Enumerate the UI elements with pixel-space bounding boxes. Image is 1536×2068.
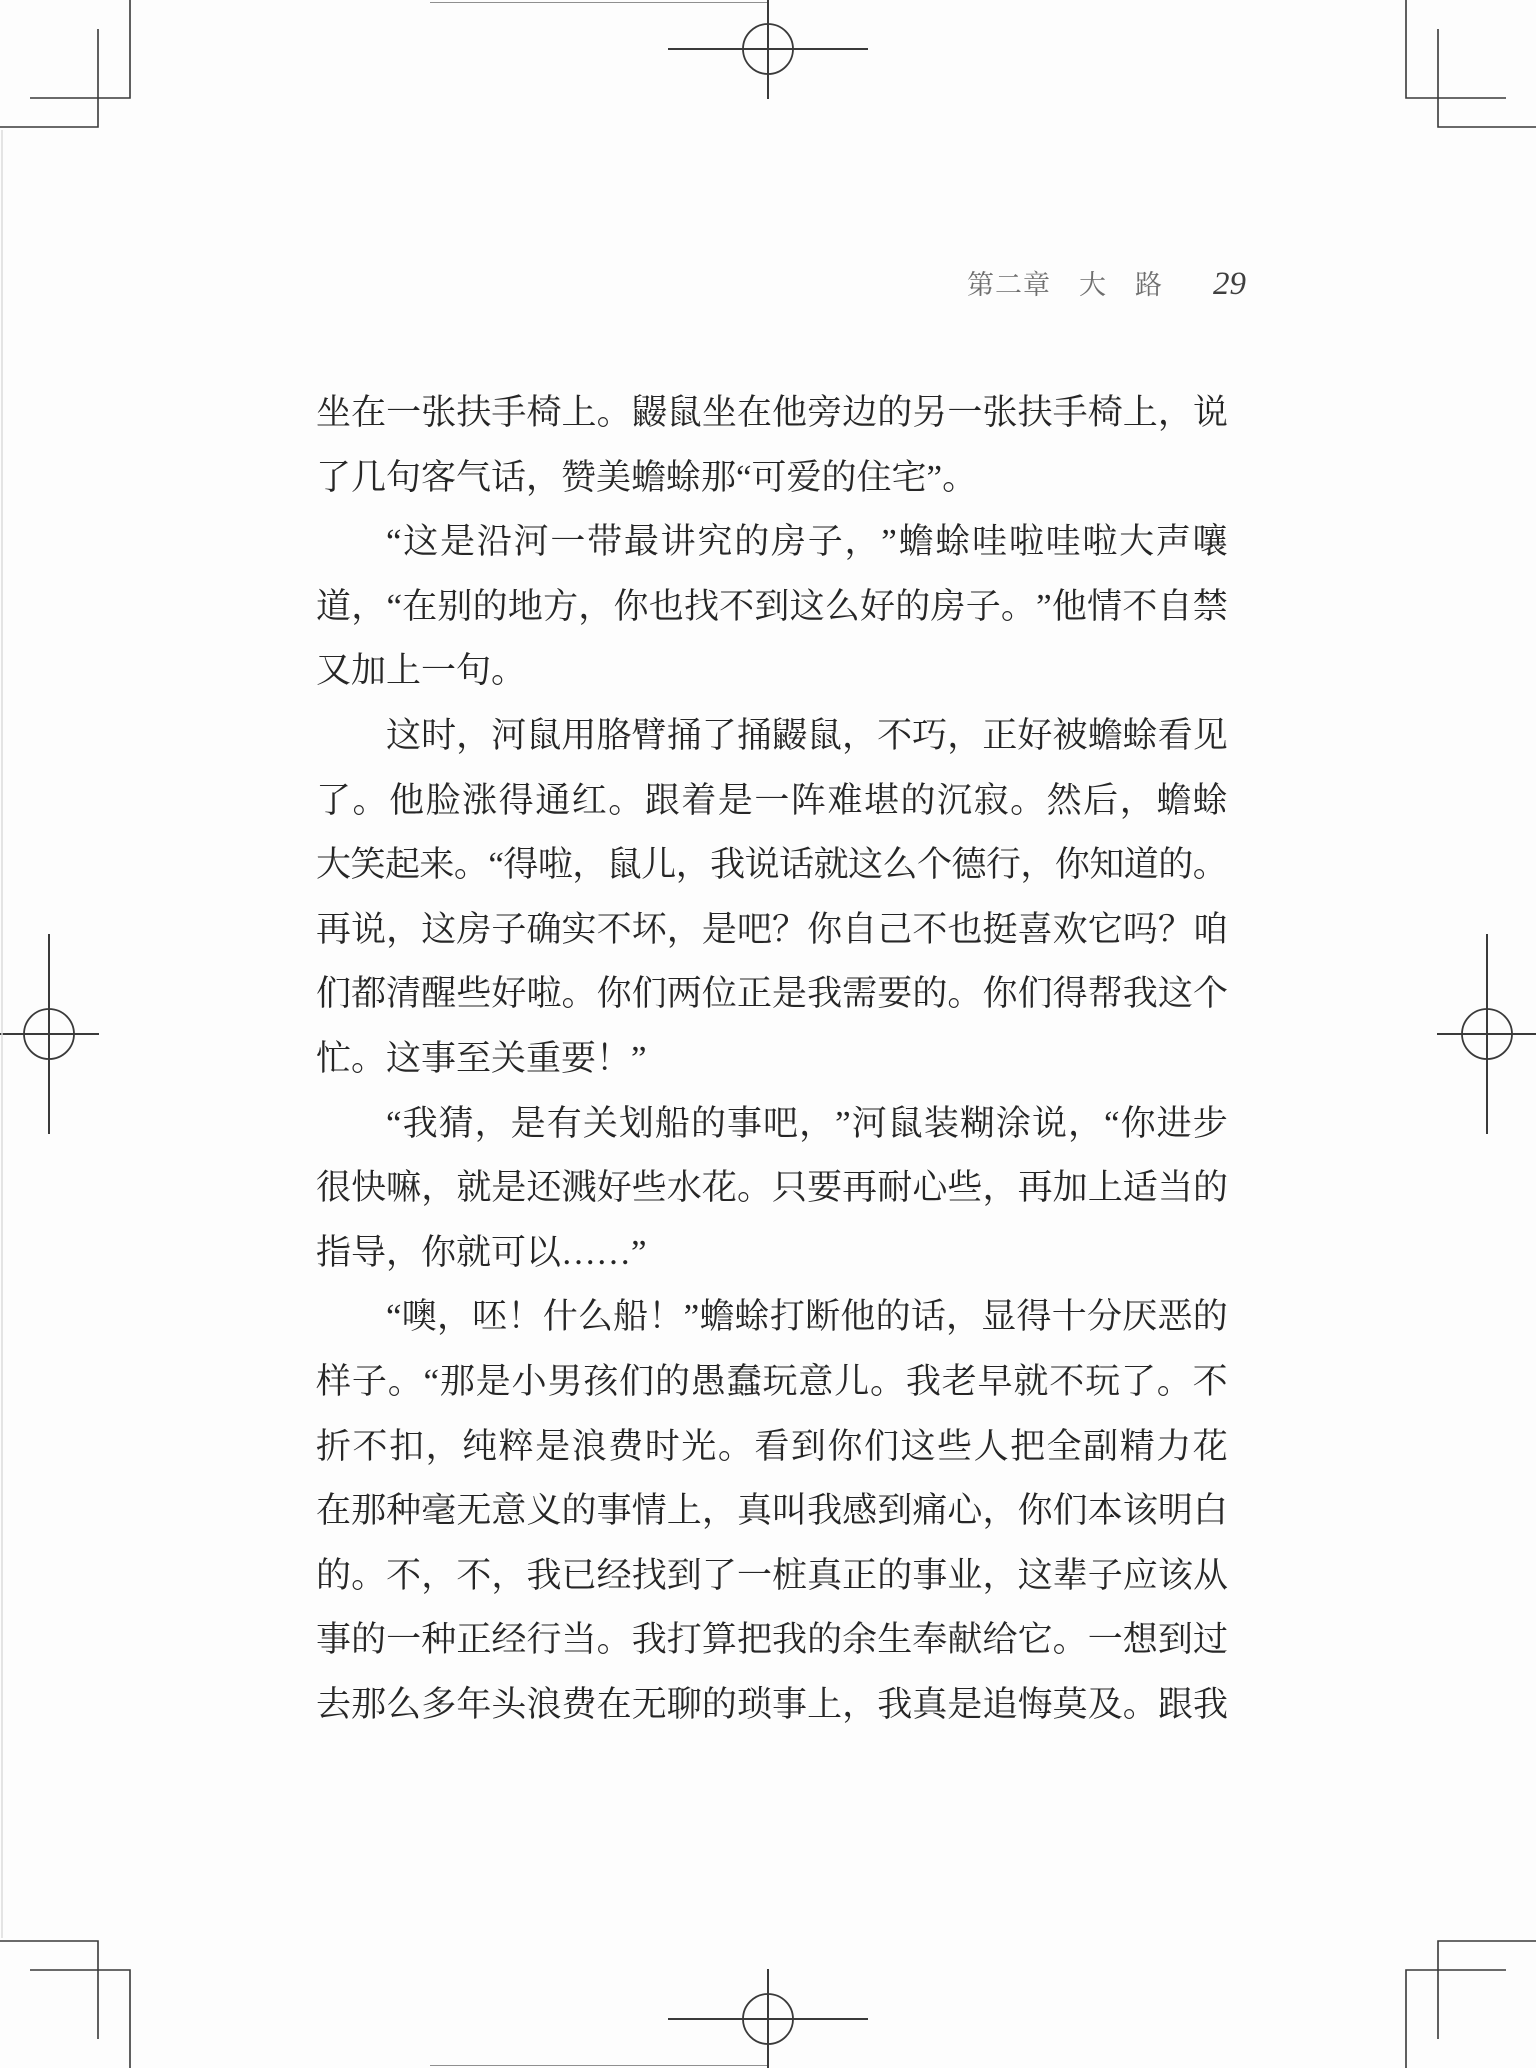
body-line: “噢，呸！什么船！”蟾蜍打断他的话，显得十分厌恶的	[316, 1285, 1228, 1350]
body-line: 又加上一句。	[316, 639, 1228, 704]
body-line: “这是沿河一带最讲究的房子，”蟾蜍哇啦哇啦大声嚷	[316, 510, 1228, 575]
body-line: 了几句客气话，赞美蟾蜍那“可爱的住宅”。	[316, 446, 1228, 511]
body-line: 了。他脸涨得通红。跟着是一阵难堪的沉寂。然后，蟾蜍	[316, 769, 1228, 834]
body-line: 忙。这事至关重要！”	[316, 1027, 1228, 1092]
body-line: 们都清醒些好啦。你们两位正是我需要的。你们得帮我这个	[316, 962, 1228, 1027]
body-line: 事的一种正经行当。我打算把我的余生奉献给它。一想到过	[316, 1608, 1228, 1673]
trim-mark-top-left-icon	[0, 0, 130, 127]
body-line: 样子。“那是小男孩们的愚蠢玩意儿。我老早就不玩了。不	[316, 1350, 1228, 1415]
body-text: 坐在一张扶手椅上。鼹鼠坐在他旁边的另一张扶手椅上，说了几句客气话，赞美蟾蜍那“可…	[316, 381, 1228, 1737]
body-line: “我猜，是有关划船的事吧，”河鼠装糊涂说，“你进步	[316, 1092, 1228, 1157]
registration-mark-left-middle-icon	[0, 934, 99, 1134]
body-line: 去那么多年头浪费在无聊的琐事上，我真是追悔莫及。跟我	[316, 1673, 1228, 1738]
registration-mark-top-center-icon	[668, 0, 868, 99]
body-line: 在那种毫无意义的事情上，真叫我感到痛心，你们本该明白	[316, 1479, 1228, 1544]
body-line: 道，“在别的地方，你也找不到这么好的房子。”他情不自禁	[316, 575, 1228, 640]
running-header: 第二章 大 路 29	[0, 263, 1246, 303]
body-line: 很快嘛，就是还溅好些水花。只要再耐心些，再加上适当的	[316, 1156, 1228, 1221]
book-page: 第二章 大 路 29 坐在一张扶手椅上。鼹鼠坐在他旁边的另一张扶手椅上，说了几句…	[0, 0, 1536, 2068]
body-line: 指导，你就可以……”	[316, 1221, 1228, 1286]
body-line: 折不扣，纯粹是浪费时光。看到你们这些人把全副精力花	[316, 1415, 1228, 1480]
body-line: 再说，这房子确实不坏，是吧？你自己不也挺喜欢它吗？咱	[316, 898, 1228, 963]
registration-mark-bottom-center-icon	[668, 1969, 868, 2068]
body-line: 大笑起来。“得啦，鼠儿，我说话就这么个德行，你知道的。	[316, 833, 1228, 898]
body-line: 的。不，不，我已经找到了一桩真正的事业，这辈子应该从	[316, 1544, 1228, 1609]
registration-mark-right-middle-icon	[1437, 934, 1536, 1134]
trim-mark-bottom-left-icon	[0, 1941, 130, 2068]
page-number: 29	[1213, 266, 1246, 303]
body-line: 坐在一张扶手椅上。鼹鼠坐在他旁边的另一张扶手椅上，说	[316, 381, 1228, 446]
trim-mark-top-right-icon	[1406, 0, 1536, 127]
chapter-title: 第二章 大 路	[967, 263, 1163, 302]
trim-mark-bottom-right-icon	[1406, 1941, 1536, 2068]
body-line: 这时，河鼠用胳臂捅了捅鼹鼠，不巧，正好被蟾蜍看见	[316, 704, 1228, 769]
